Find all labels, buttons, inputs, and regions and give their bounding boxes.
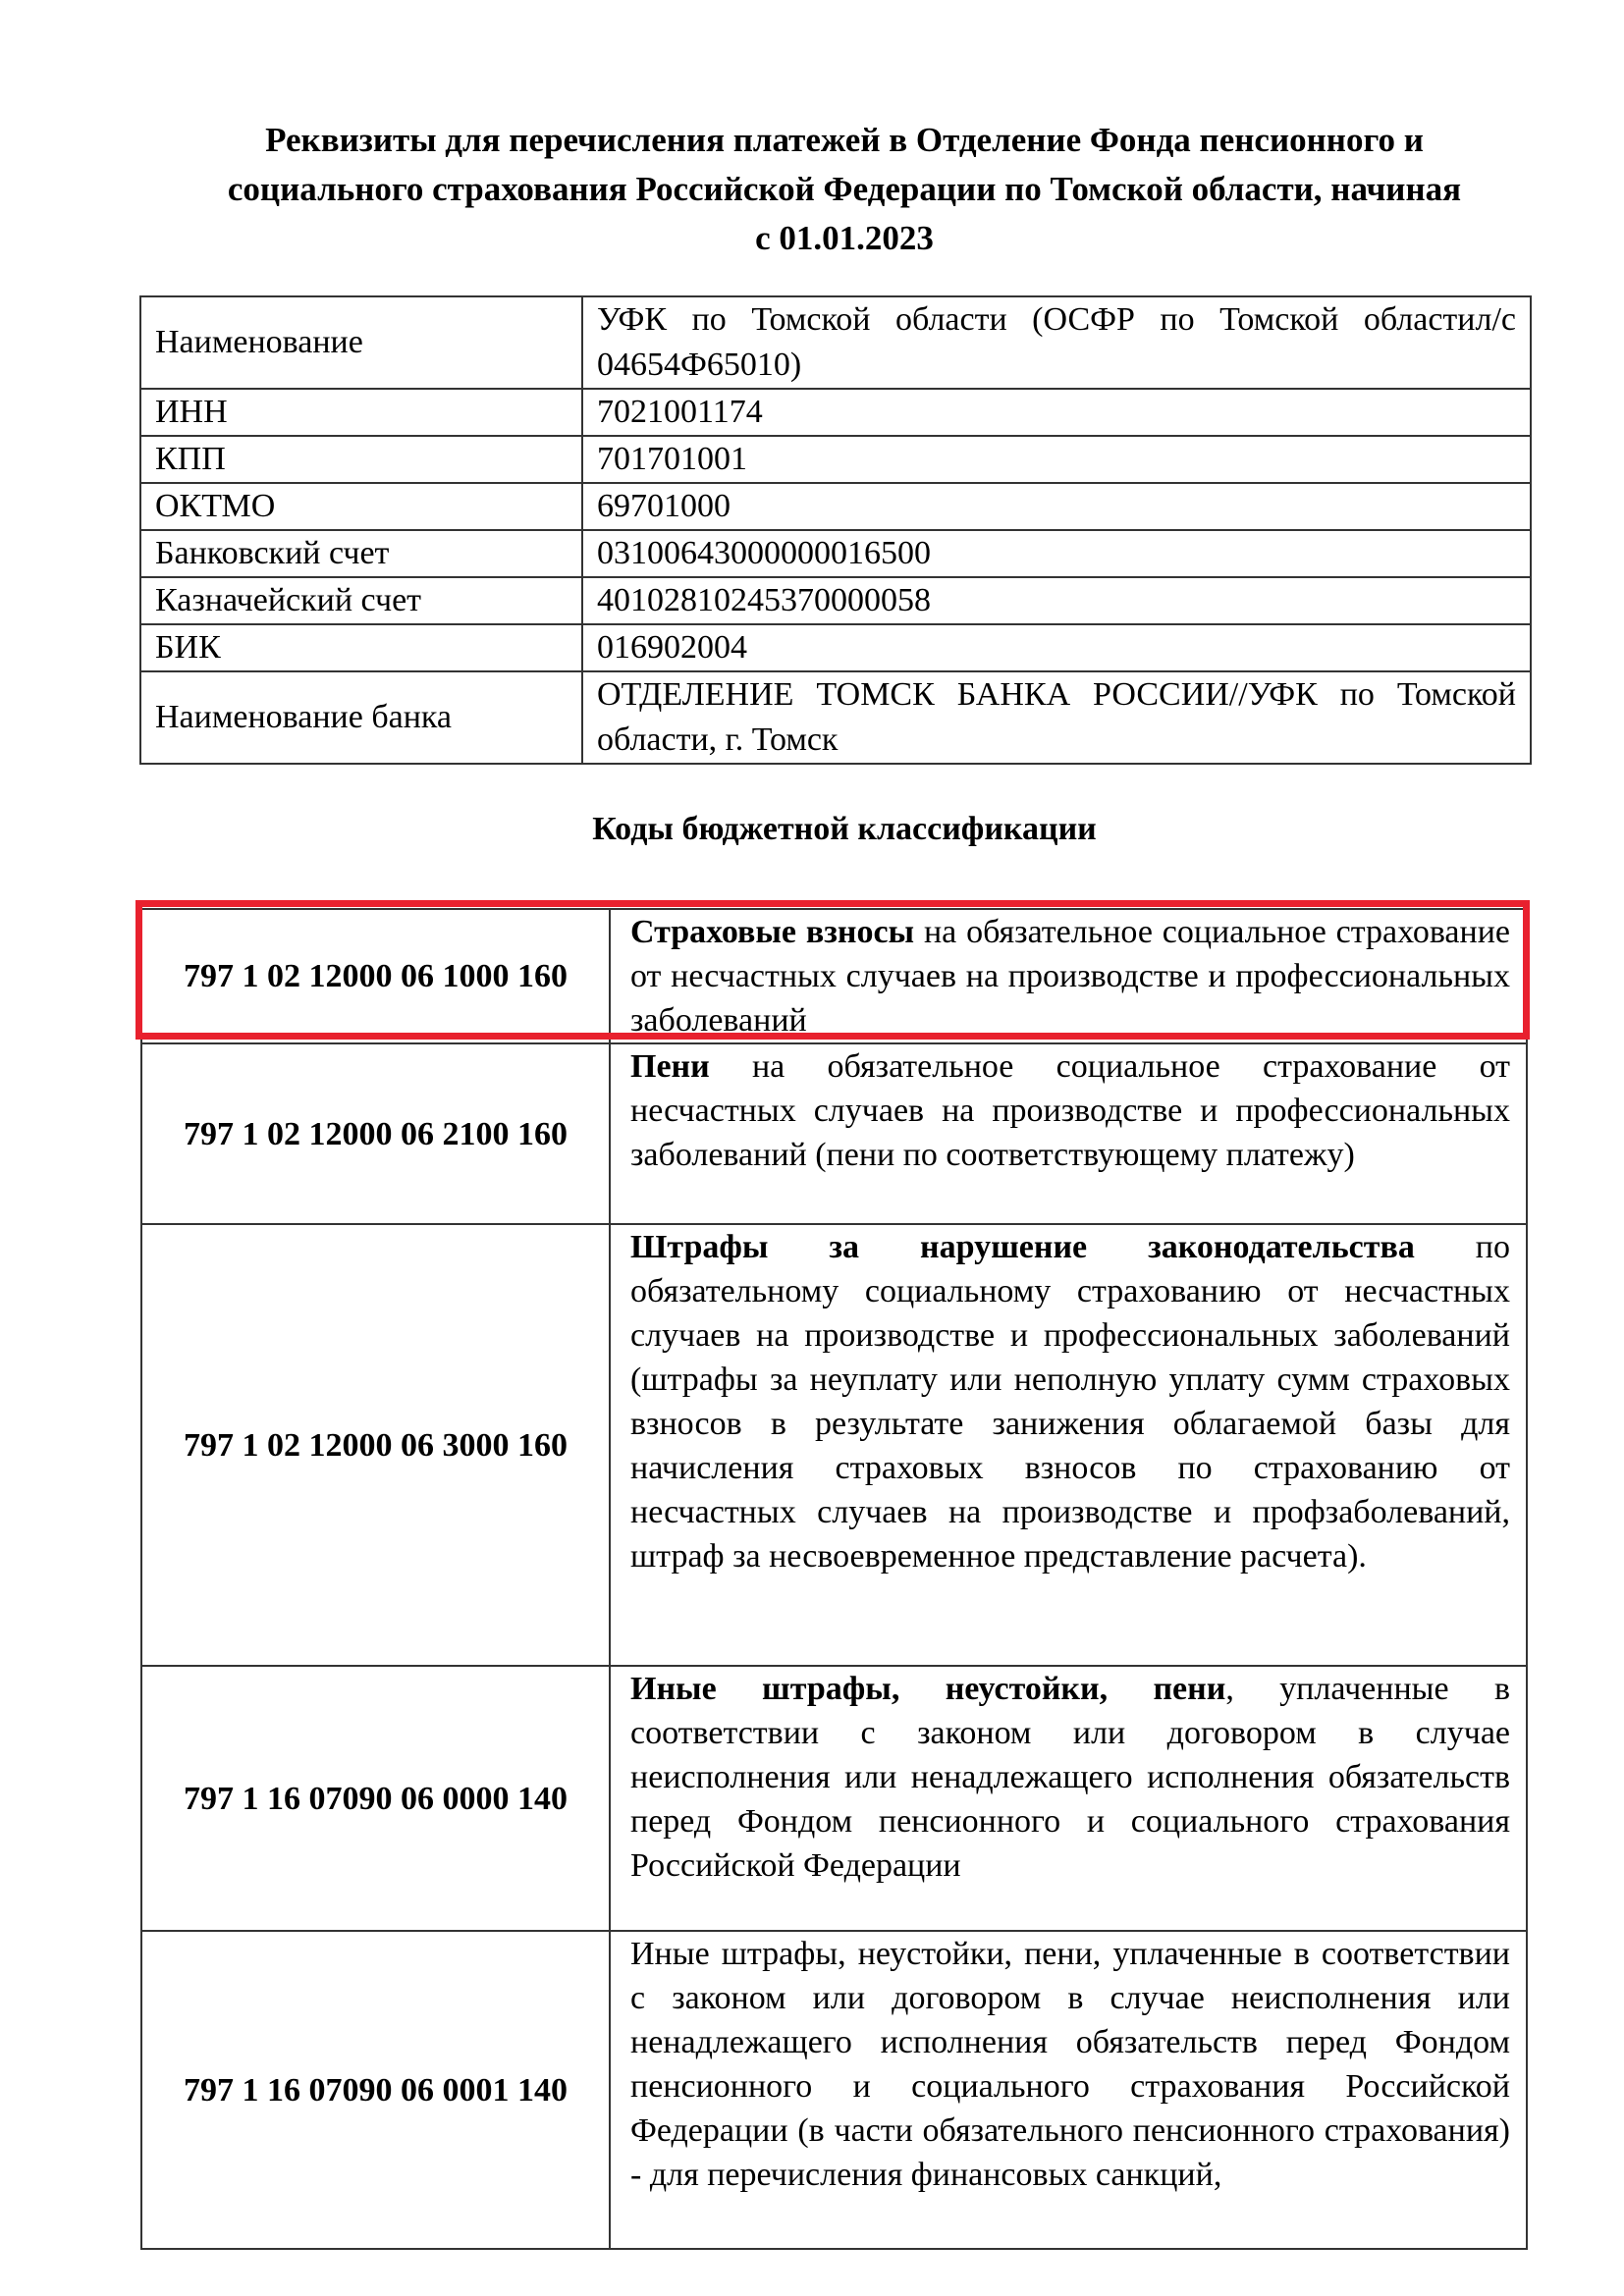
requisites-row-treasury-account: Казначейский счет 40102810245370000058 — [140, 577, 1531, 624]
kbk-row: 797 1 02 12000 06 2100 160 Пени на обяза… — [141, 1043, 1527, 1224]
requisite-value: 7021001174 — [582, 389, 1531, 436]
document-title: Реквизиты для перечисления платежей в От… — [147, 116, 1542, 263]
kbk-code: 797 1 02 12000 06 3000 160 — [141, 1224, 610, 1666]
requisites-row-bank-name: Наименование банка ОТДЕЛЕНИЕ ТОМСК БАНКА… — [140, 671, 1531, 764]
requisite-value: 40102810245370000058 — [582, 577, 1531, 624]
kbk-code: 797 1 16 07090 06 0000 140 — [141, 1666, 610, 1931]
kbk-row: 797 1 16 07090 06 0000 140 Иные штрафы, … — [141, 1666, 1527, 1931]
requisite-value: ОТДЕЛЕНИЕ ТОМСК БАНКА РОССИИ//УФК по Том… — [582, 671, 1531, 764]
requisite-label: ИНН — [140, 389, 582, 436]
kbk-description-lead: Страховые взносы — [630, 914, 914, 950]
kbk-description-lead: Штрафы за нарушение законодательства — [630, 1229, 1415, 1265]
requisite-label: Казначейский счет — [140, 577, 582, 624]
requisites-row-bank-account: Банковский счет 03100643000000016500 — [140, 530, 1531, 577]
kbk-code: 797 1 02 12000 06 2100 160 — [141, 1043, 610, 1224]
kbk-description: Страховые взносы на обязательное социаль… — [610, 909, 1527, 1043]
requisite-label: Наименование банка — [140, 671, 582, 764]
requisites-row-name: Наименование УФК по Томской области (ОСФ… — [140, 296, 1531, 389]
requisite-label: Банковский счет — [140, 530, 582, 577]
requisite-value: 016902004 — [582, 624, 1531, 671]
requisites-table: Наименование УФК по Томской области (ОСФ… — [139, 295, 1532, 765]
kbk-description-text: на обязательное социальное страхование о… — [630, 1048, 1510, 1173]
kbk-code: 797 1 02 12000 06 1000 160 — [141, 909, 610, 1043]
kbk-code: 797 1 16 07090 06 0001 140 — [141, 1931, 610, 2249]
kbk-description-text: по обязательному социальному страхованию… — [630, 1229, 1510, 1575]
requisite-label: Наименование — [140, 296, 582, 389]
kbk-section-title: Коды бюджетной классификации — [147, 807, 1542, 852]
requisites-row-oktmo: ОКТМО 69701000 — [140, 483, 1531, 530]
kbk-description-text: Иные штрафы, неустойки, пени, уплаченные… — [630, 1936, 1510, 2193]
requisites-row-kpp: КПП 701701001 — [140, 436, 1531, 483]
kbk-table: 797 1 02 12000 06 1000 160 Страховые взн… — [140, 908, 1528, 2250]
kbk-row: 797 1 02 12000 06 3000 160 Штрафы за нар… — [141, 1224, 1527, 1666]
kbk-description: Иные штрафы, неустойки, пени, уплаченные… — [610, 1666, 1527, 1931]
requisite-label: БИК — [140, 624, 582, 671]
requisite-label: КПП — [140, 436, 582, 483]
requisite-value: 69701000 — [582, 483, 1531, 530]
title-line-3: с 01.01.2023 — [147, 214, 1542, 263]
requisite-value: УФК по Томской области (ОСФР по Томской … — [582, 296, 1531, 389]
kbk-row: 797 1 02 12000 06 1000 160 Страховые взн… — [141, 909, 1527, 1043]
requisite-value: 03100643000000016500 — [582, 530, 1531, 577]
kbk-description: Иные штрафы, неустойки, пени, уплаченные… — [610, 1931, 1527, 2249]
kbk-description-lead: Пени — [630, 1048, 710, 1085]
kbk-row: 797 1 16 07090 06 0001 140 Иные штрафы, … — [141, 1931, 1527, 2249]
title-line-1: Реквизиты для перечисления платежей в От… — [147, 116, 1542, 165]
title-line-2: социального страхования Российской Федер… — [147, 165, 1542, 214]
kbk-description: Штрафы за нарушение законодательства по … — [610, 1224, 1527, 1666]
requisites-row-bik: БИК 016902004 — [140, 624, 1531, 671]
kbk-description-lead: Иные штрафы, неустойки, пени — [630, 1671, 1225, 1707]
requisite-value: 701701001 — [582, 436, 1531, 483]
requisite-label: ОКТМО — [140, 483, 582, 530]
requisites-row-inn: ИНН 7021001174 — [140, 389, 1531, 436]
kbk-description: Пени на обязательное социальное страхова… — [610, 1043, 1527, 1224]
